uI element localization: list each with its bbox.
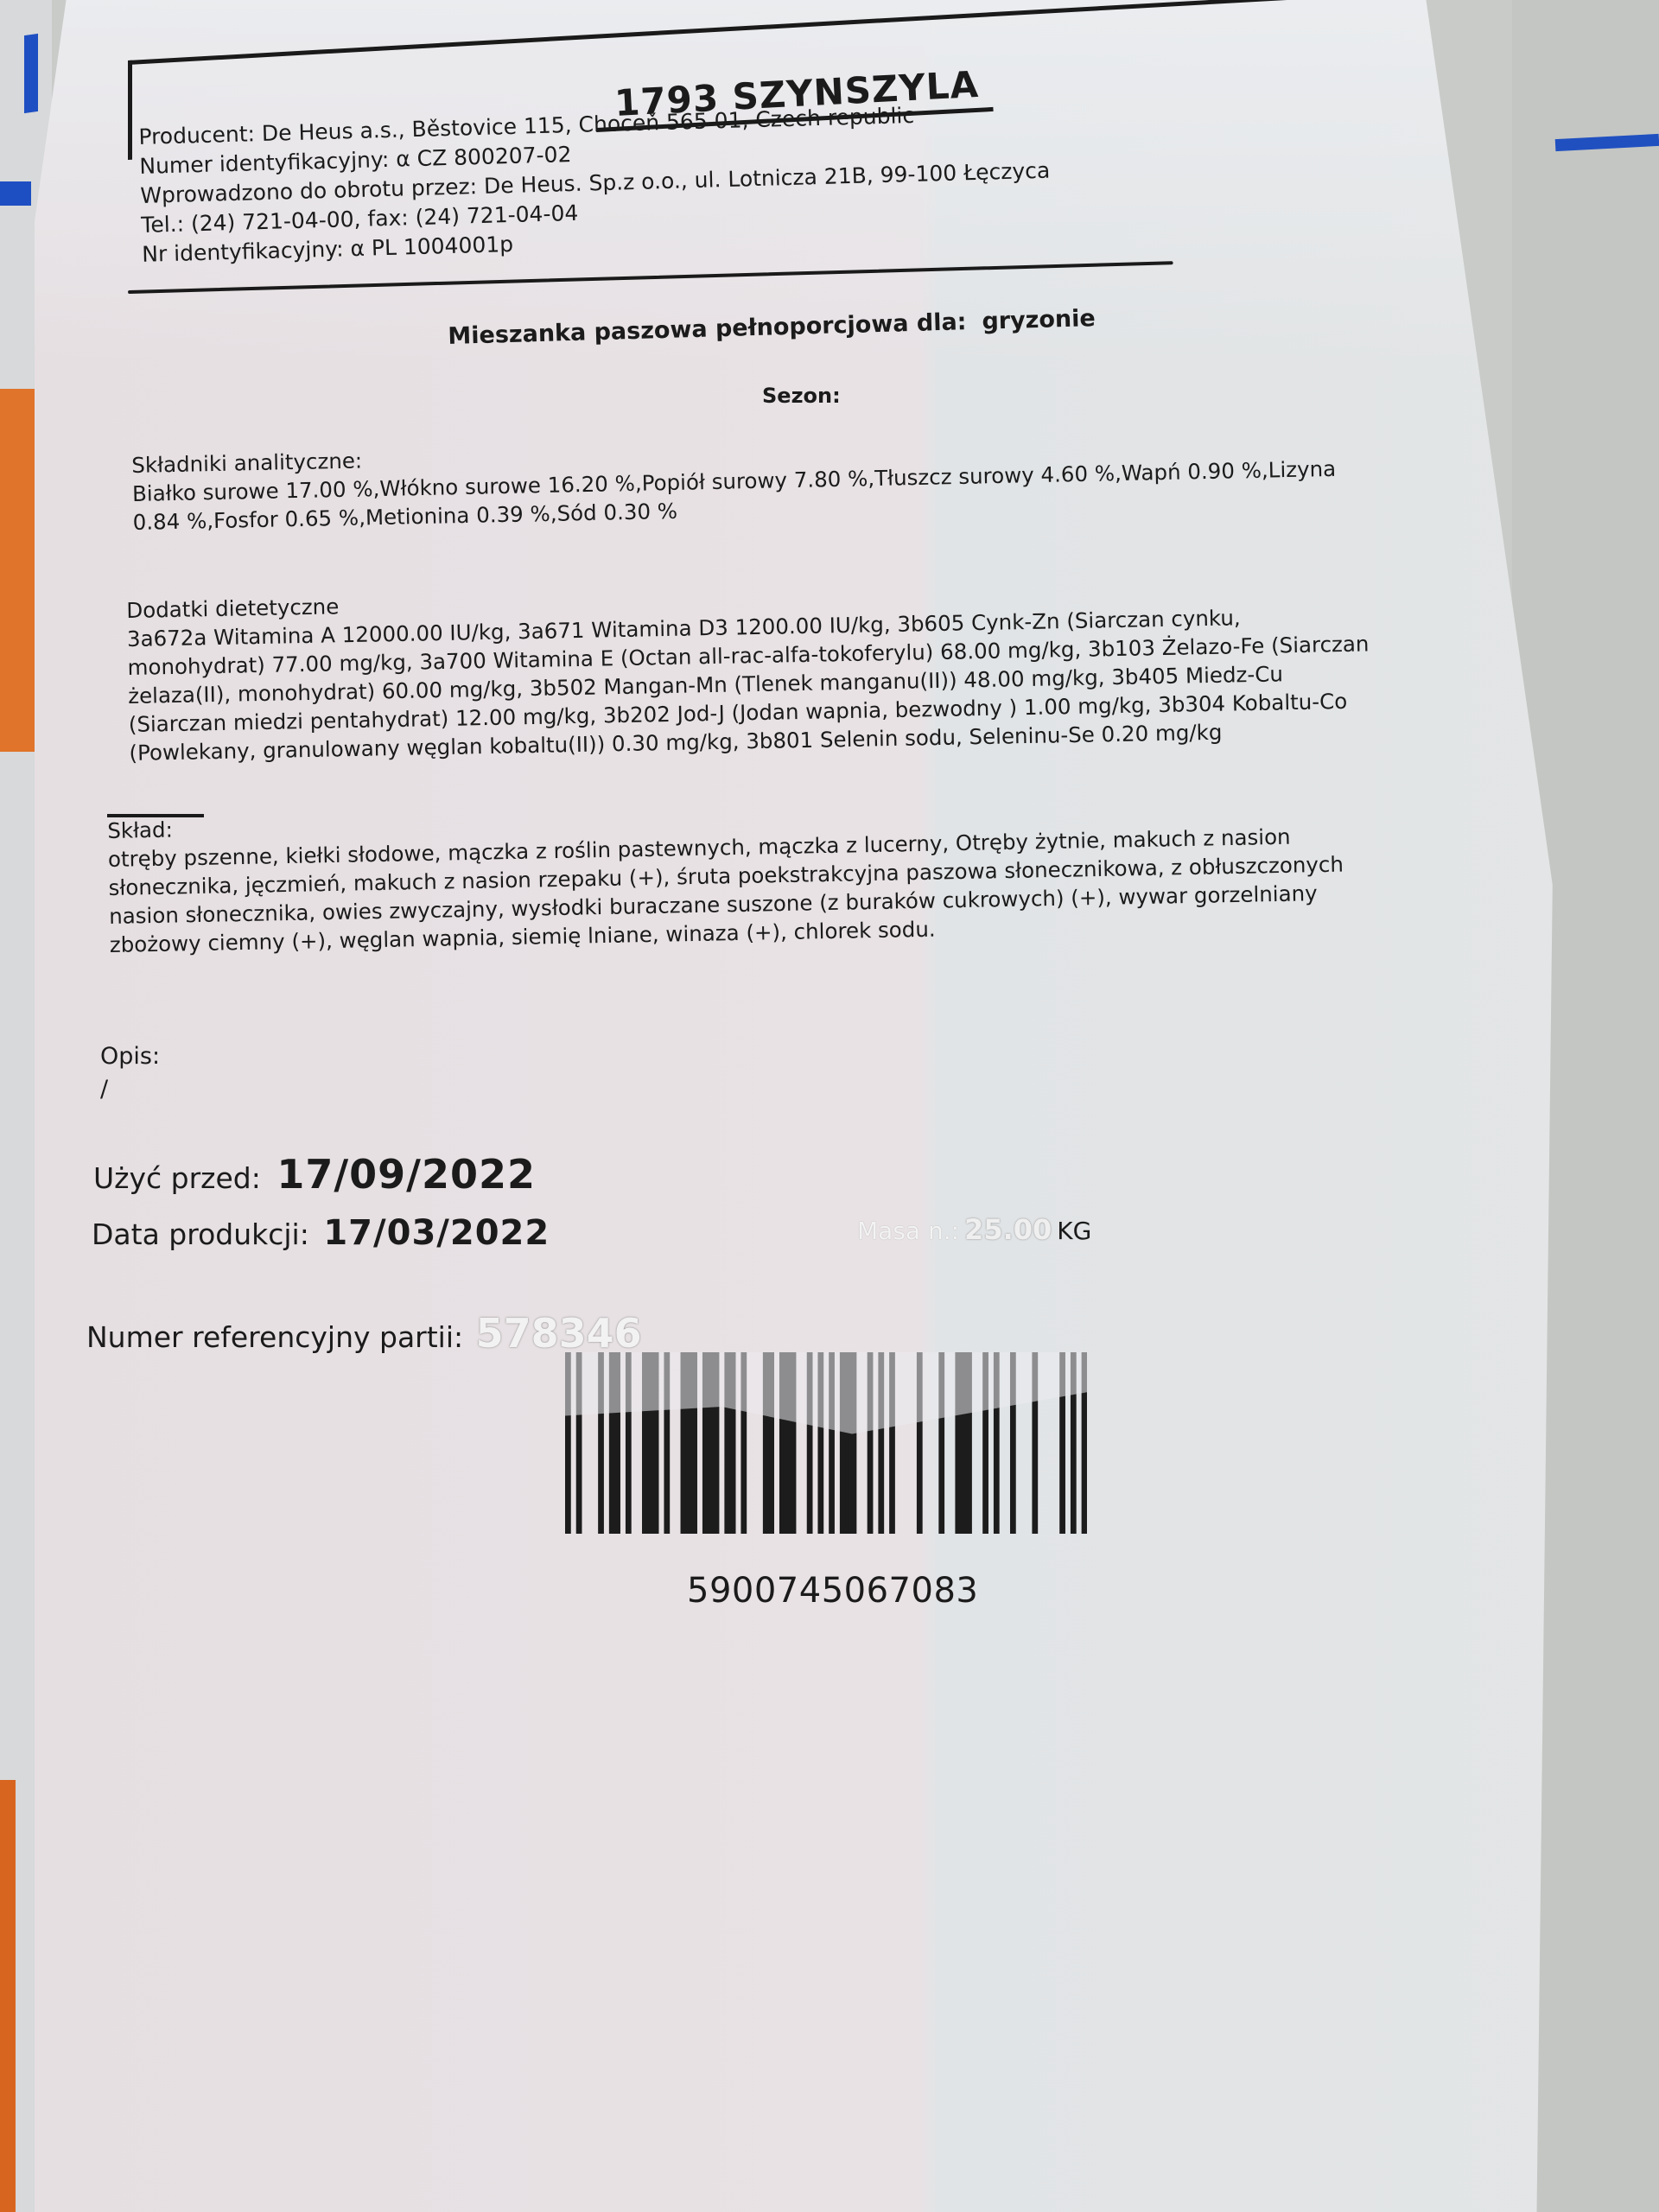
batch-reference: Numer referencyjny partii: 578346 [86,1310,642,1357]
composition: Skład: otręby pszenne, kiełki słodowe, m… [107,793,1344,959]
ean-barcode [565,1352,1087,1534]
section-divider [128,261,1173,294]
description-value: / [100,1073,160,1106]
production-date-value: 17/03/2022 [323,1213,550,1253]
label-content: 1793 SZYNSZYLA Producent: De Heus a.s., … [0,0,1659,2212]
feed-type: Mieszanka paszowa pełnoporcjowa dla:gryz… [448,305,1096,350]
analytic-constituents: Składniki analityczne: Białko surowe 17.… [131,426,1337,537]
barcode-number: 5900745067083 [687,1571,978,1611]
dietary-additives: Dodatki dietetyczne 3a672a Witamina A 12… [126,572,1371,767]
production-date-label: Data produkcji: [92,1217,309,1251]
net-mass-label: Masa n.: [857,1217,959,1245]
feed-type-value: gryzonie [982,305,1096,335]
production-date: Data produkcji: 17/03/2022 [92,1213,550,1253]
net-mass: Masa n.:25.00KG [857,1213,1091,1246]
net-mass-unit: KG [1057,1217,1091,1245]
batch-number: 578346 [476,1310,642,1357]
use-before-label: Użyć przed: [93,1161,261,1195]
season-label: Sezon: [762,384,841,408]
use-before-date: 17/09/2022 [276,1151,536,1198]
batch-label: Numer referencyjny partii: [86,1320,463,1354]
net-mass-value: 25.00 [964,1213,1052,1246]
description-label: Opis: [100,1040,160,1073]
producer-block: Producent: De Heus a.s., Běstovice 115, … [138,93,1179,269]
feed-type-label: Mieszanka paszowa pełnoporcjowa dla: [448,308,967,350]
use-before: Użyć przed: 17/09/2022 [93,1151,536,1198]
barcode-bars [565,1352,1087,1534]
description: Opis: / [100,1040,160,1106]
